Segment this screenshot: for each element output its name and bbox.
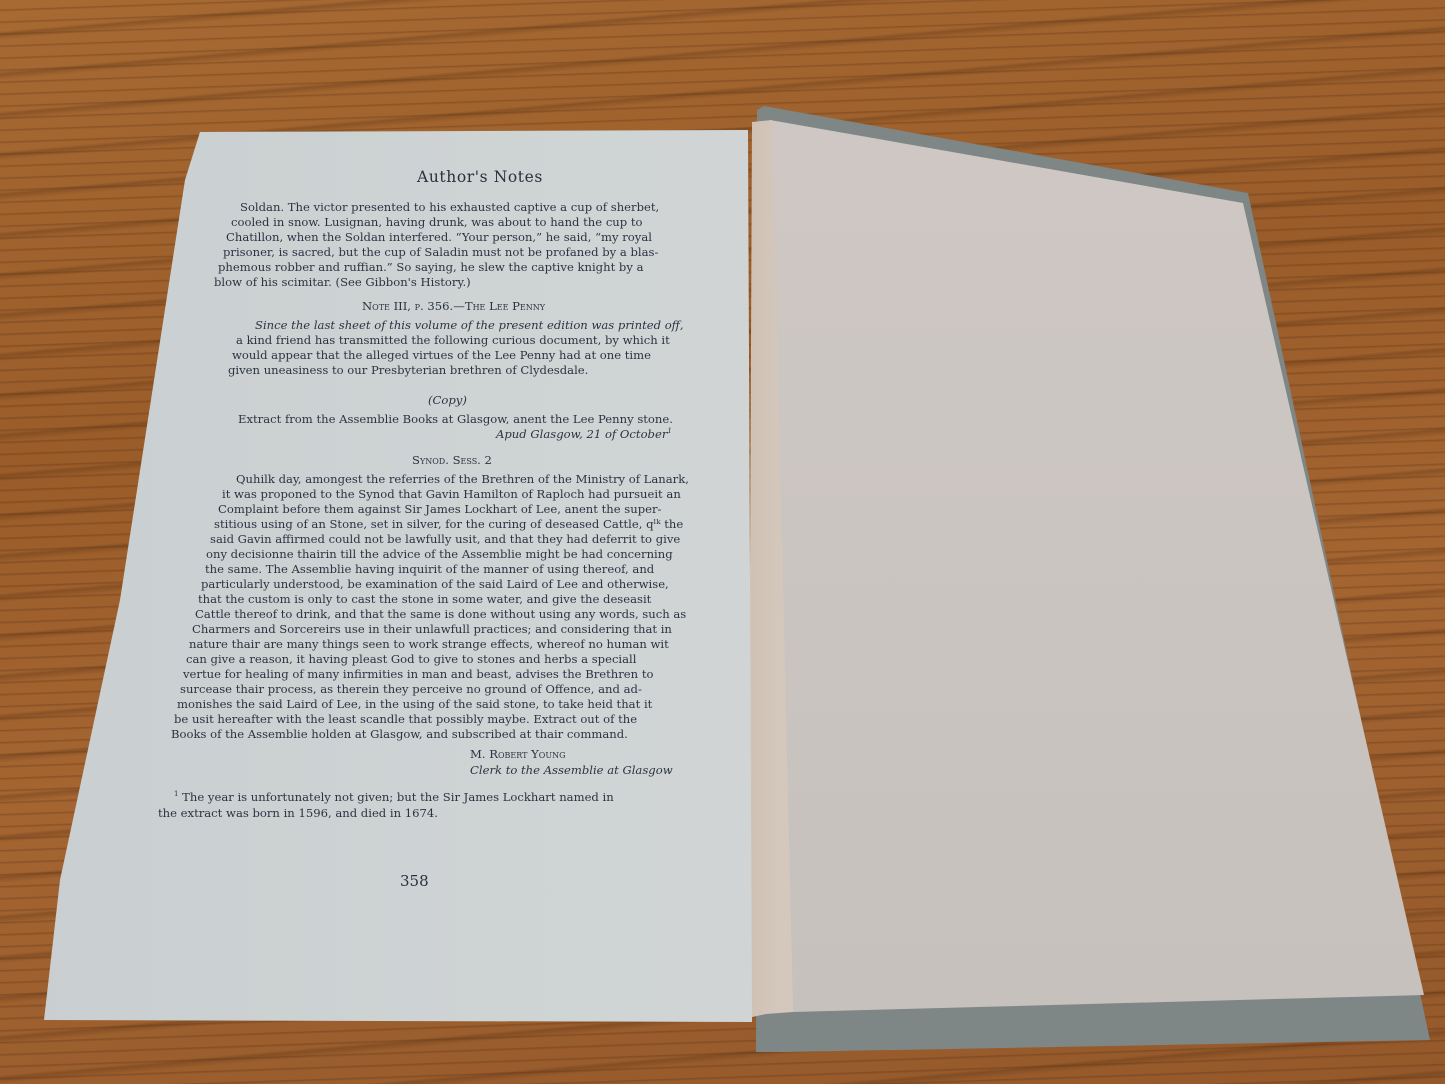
text-line: prisoner, is sacred, but the cup of Sala… — [223, 245, 658, 259]
text-line: would appear that the alleged virtues of… — [232, 348, 651, 362]
text-line: phemous robber and ruffian.” So saying, … — [218, 260, 644, 274]
text-line: given uneasiness to our Presbyterian bre… — [228, 363, 588, 377]
dateline: Apud Glasgow, 21 of October1 — [496, 427, 672, 441]
text-line: vertue for healing of many infirmities i… — [183, 667, 653, 681]
signatory-title: Clerk to the Assemblie at Glasgow — [470, 763, 673, 777]
text-line: Cattle thereof to drink, and that the sa… — [195, 607, 686, 621]
text-line: Chatillon, when the Soldan interfered. “… — [226, 230, 652, 244]
footnote-marker: 1 — [667, 427, 671, 435]
copy-label: (Copy) — [428, 393, 467, 407]
text-line: Soldan. The victor presented to his exha… — [240, 200, 659, 214]
footnote-marker: 1 — [174, 790, 178, 798]
footnote-text: The year is unfortunately not given; but… — [182, 790, 614, 804]
dateline-text: Apud Glasgow, 21 of October — [496, 427, 667, 441]
text-line: can give a reason, it having pleast God … — [186, 652, 636, 666]
signatory-name: M. Robert Young — [470, 747, 566, 761]
text-line: Complaint before them against Sir James … — [218, 502, 661, 516]
text-line: Quhilk day, amongest the referries of th… — [236, 472, 689, 486]
photo-scene: Author's Notes Soldan. The victor presen… — [0, 0, 1445, 1084]
running-title: Author's Notes — [380, 168, 580, 186]
text-line: Books of the Assemblie holden at Glasgow… — [171, 727, 628, 741]
text-line: Since the last sheet of this volume of t… — [255, 318, 684, 332]
text-line: the same. The Assemblie having inquirit … — [205, 562, 654, 576]
footnote-line: the extract was born in 1596, and died i… — [158, 806, 438, 820]
page-number: 358 — [400, 872, 429, 890]
text-line: monishes the said Laird of Lee, in the u… — [177, 697, 652, 711]
text-line: surcease thair process, as therein they … — [180, 682, 642, 696]
extract-title: Extract from the Assemblie Books at Glas… — [238, 412, 673, 426]
text-line: it was proponed to the Synod that Gavin … — [222, 487, 681, 501]
left-page-text: Author's Notes Soldan. The victor presen… — [0, 0, 1445, 1084]
text-line: particularly understood, be examination … — [201, 577, 669, 591]
text-line: nature thair are many things seen to wor… — [189, 637, 669, 651]
text-line: said Gavin affirmed could not be lawfull… — [210, 532, 680, 546]
text-line: that the custom is only to cast the ston… — [198, 592, 651, 606]
note-heading: Note III, p. 356.—The Lee Penny — [362, 299, 545, 313]
text-line: a kind friend has transmitted the follow… — [236, 333, 670, 347]
footnote-line: 1 The year is unfortunately not given; b… — [174, 790, 614, 804]
text-line: ony decisionne thairin till the advice o… — [206, 547, 673, 561]
text-line: be usit hereafter with the least scandle… — [174, 712, 637, 726]
text-line: stitious using of an Stone, set in silve… — [214, 517, 683, 531]
text-line: cooled in snow. Lusignan, having drunk, … — [231, 215, 643, 229]
text-line: blow of his scimitar. (See Gibbon's Hist… — [214, 275, 471, 289]
session-heading: Synod. Sess. 2 — [412, 453, 492, 467]
text-line: Charmers and Sorcereirs use in their unl… — [192, 622, 672, 636]
